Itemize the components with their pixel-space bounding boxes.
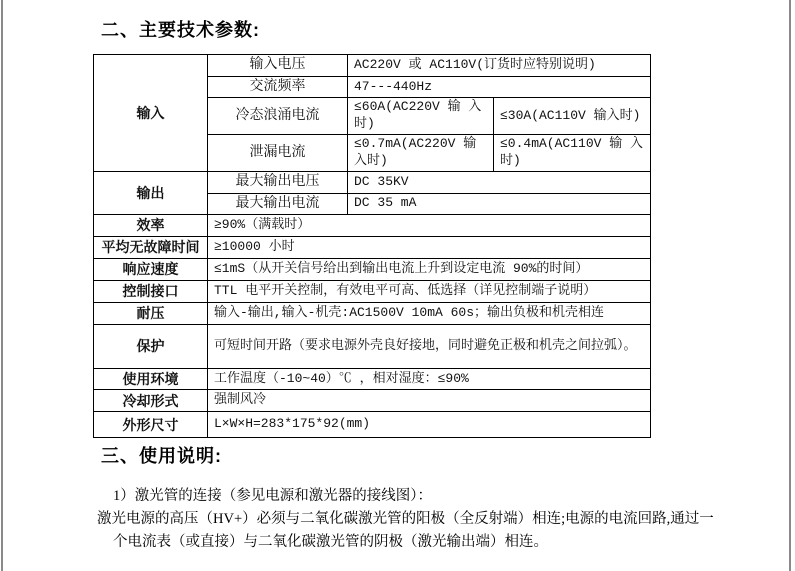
table-row: 冷却形式 强制风冷	[94, 390, 651, 412]
param-value-surge-current-110v: ≤30A(AC110V 输入时)	[494, 98, 651, 135]
param-group-dimensions: 外形尺寸	[94, 412, 208, 438]
param-value-leakage-current-220v: ≤0.7mA(AC220V 输入时)	[348, 134, 494, 171]
param-value-leakage-current-110v: ≤0.4mA(AC110V 输 入时)	[494, 134, 651, 171]
table-row: 使用环境 工作温度（-10~40）℃ ，相对湿度：≤90%	[94, 368, 651, 389]
param-value-cooling: 强制风冷	[208, 390, 651, 412]
param-value-surge-current-220v: ≤60A(AC220V 输 入时)	[348, 98, 494, 135]
param-group-efficiency: 效率	[94, 214, 208, 236]
param-value-dimensions: L×W×H=283*175*92(mm)	[208, 412, 651, 438]
param-label-ac-frequency: 交流频率	[208, 77, 348, 98]
param-value-ac-frequency: 47---440Hz	[348, 77, 651, 98]
param-value-input-voltage: AC220V 或 AC110V(订货时应特别说明)	[348, 55, 651, 77]
param-group-control-interface: 控制接口	[94, 280, 208, 302]
table-row: 输出 最大输出电压 DC 35KV	[94, 171, 651, 193]
param-value-efficiency: ≥90%（满载时）	[208, 214, 651, 236]
param-value-environment: 工作温度（-10~40）℃ ，相对湿度：≤90%	[208, 368, 651, 389]
tech-params-table: 输入 输入电压 AC220V 或 AC110V(订货时应特别说明) 交流频率 4…	[93, 54, 651, 438]
param-group-withstand-voltage: 耐压	[94, 302, 208, 324]
param-label-leakage-current: 泄漏电流	[208, 134, 348, 171]
param-label-max-output-voltage: 最大输出电压	[208, 171, 348, 193]
page-left-border	[1, 0, 3, 571]
table-row: 保护 可短时间开路（要求电源外壳良好接地，同时避免正极和机壳之间拉弧）。	[94, 324, 651, 368]
table-row: 耐压 输入-输出,输入-机壳:AC1500V 10mA 60s；输出负极和机壳相…	[94, 302, 651, 324]
param-group-output: 输出	[94, 171, 208, 214]
table-row: 外形尺寸 L×W×H=283*175*92(mm)	[94, 412, 651, 438]
param-group-protection: 保护	[94, 324, 208, 368]
usage-note-line-2: 激光电源的高压（HV+）必须与二氧化碳激光管的阳极（全反射端）相连;电源的电流回…	[97, 507, 714, 528]
section-title-tech-params: 二、主要技术参数:	[101, 16, 260, 42]
param-value-mtbf: ≥10000 小时	[208, 236, 651, 258]
param-label-surge-current: 冷态浪涌电流	[208, 98, 348, 135]
param-label-input-voltage: 输入电压	[208, 55, 348, 77]
param-value-max-output-voltage: DC 35KV	[348, 171, 651, 193]
param-label-max-output-current: 最大输出电流	[208, 193, 348, 214]
page-right-border	[789, 0, 791, 571]
param-group-input: 输入	[94, 55, 208, 172]
param-value-control-interface: TTL 电平开关控制，有效电平可高、低选择（详见控制端子说明）	[208, 280, 651, 302]
table-row: 响应速度 ≤1mS（从开关信号给出到输出电流上升到设定电流 90%的时间）	[94, 258, 651, 280]
param-group-cooling: 冷却形式	[94, 390, 208, 412]
param-group-response-speed: 响应速度	[94, 258, 208, 280]
usage-note-line-1: 1）激光管的连接（参见电源和激光器的接线图）：	[113, 484, 432, 505]
param-value-withstand-voltage: 输入-输出,输入-机壳:AC1500V 10mA 60s；输出负极和机壳相连	[208, 302, 651, 324]
param-group-environment: 使用环境	[94, 368, 208, 389]
section-title-usage: 三、使用说明:	[101, 442, 222, 468]
param-group-mtbf: 平均无故障时间	[94, 236, 208, 258]
table-row: 效率 ≥90%（满载时）	[94, 214, 651, 236]
table-row: 控制接口 TTL 电平开关控制，有效电平可高、低选择（详见控制端子说明）	[94, 280, 651, 302]
usage-note-line-3: 个电流表（或直接）与二氧化碳激光管的阴极（激光输出端）相连。	[113, 530, 548, 551]
table-row: 平均无故障时间 ≥10000 小时	[94, 236, 651, 258]
param-value-response-speed: ≤1mS（从开关信号给出到输出电流上升到设定电流 90%的时间）	[208, 258, 651, 280]
table-row: 输入 输入电压 AC220V 或 AC110V(订货时应特别说明)	[94, 55, 651, 77]
param-value-protection: 可短时间开路（要求电源外壳良好接地，同时避免正极和机壳之间拉弧）。	[208, 324, 651, 368]
param-value-max-output-current: DC 35 mA	[348, 193, 651, 214]
